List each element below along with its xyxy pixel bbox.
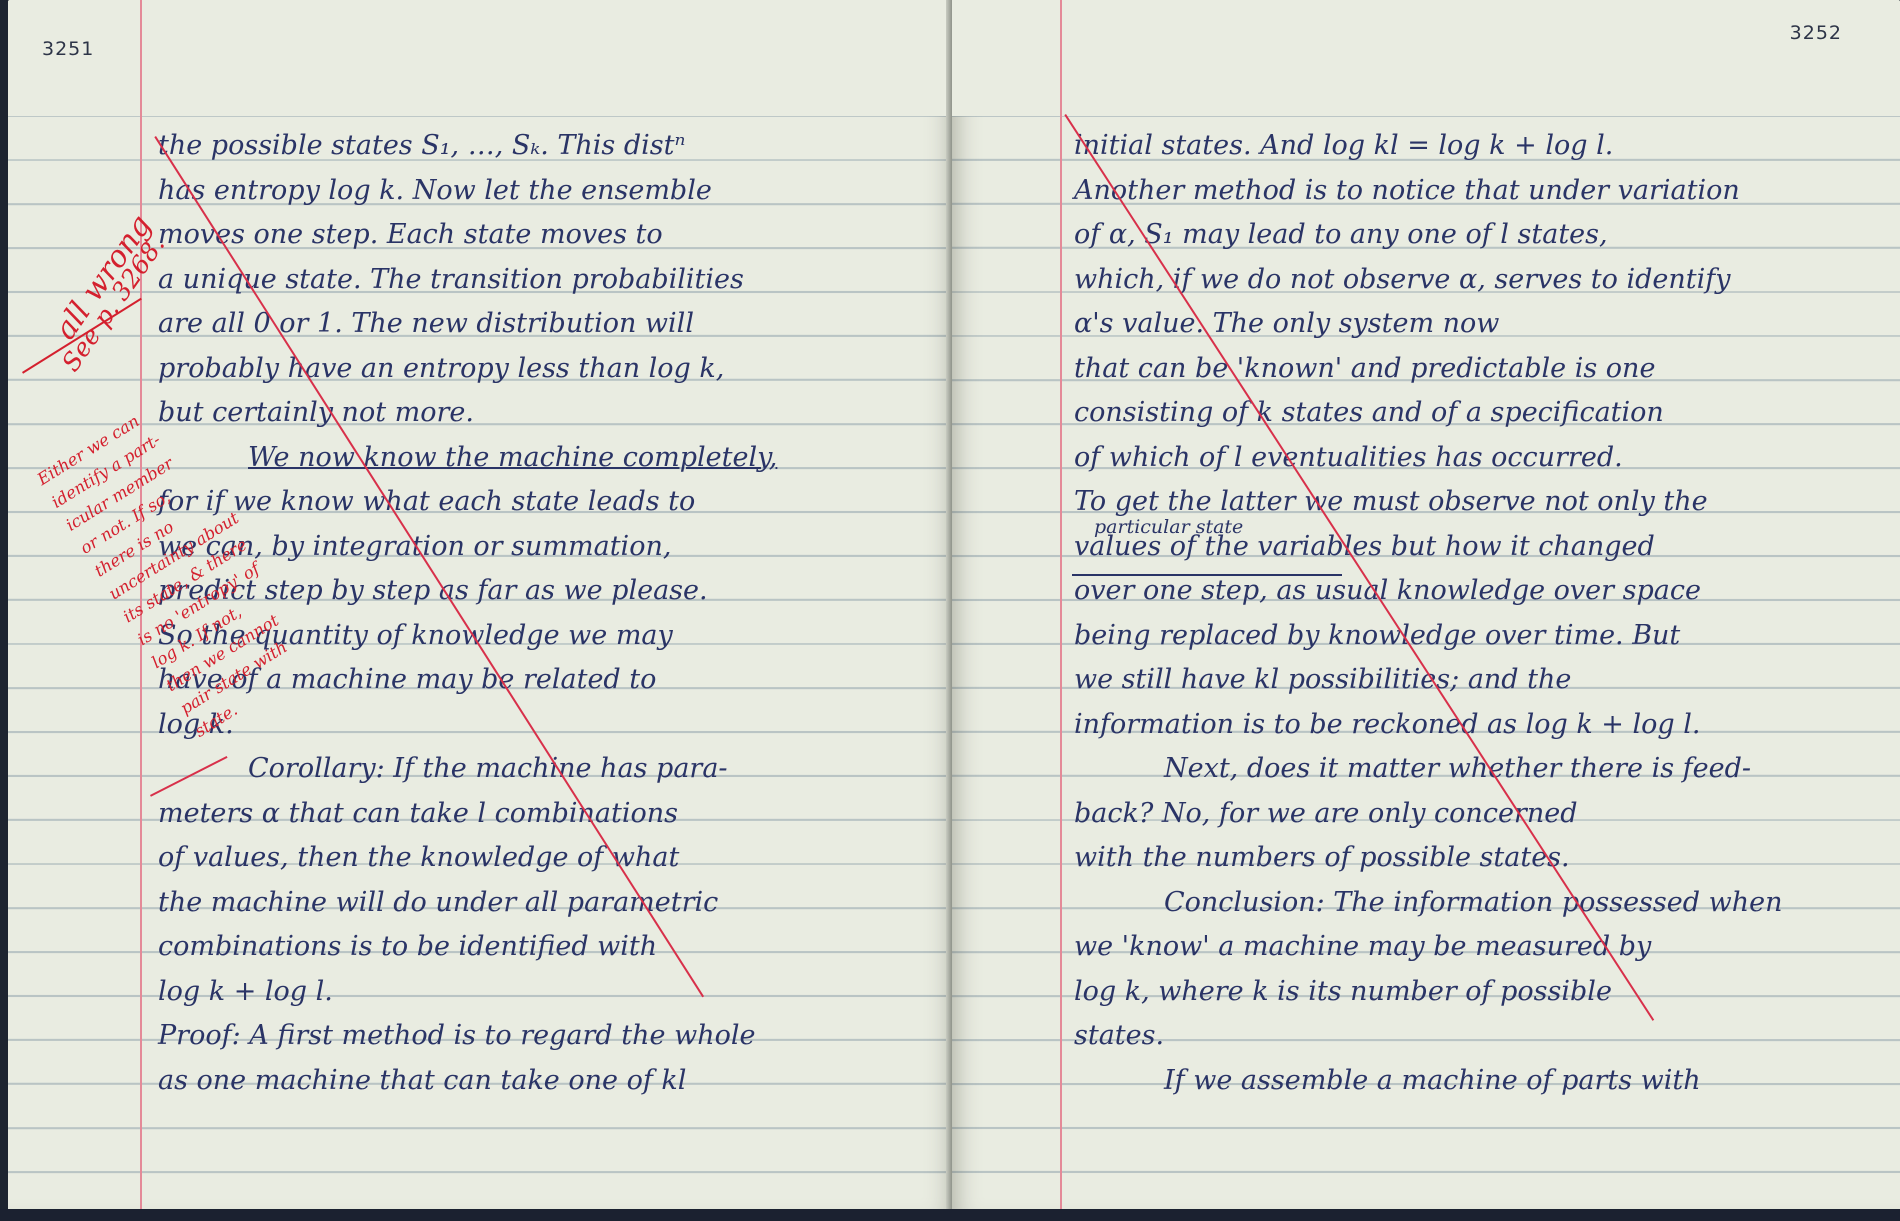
text-line: probably have an entropy less than log k… (8, 349, 954, 394)
text-line: over one step, as usual knowledge over s… (952, 571, 1900, 616)
page-number: 3252 (1790, 22, 1842, 44)
text-line: Corollary: If the machine has para- (8, 749, 954, 794)
text-line: Another method is to notice that under v… (952, 171, 1900, 216)
scan-edge (0, 1209, 1900, 1221)
text-line: of values, then the knowledge of what (8, 838, 954, 883)
left-page: 3251 the possible states S₁, …, Sₖ. This… (8, 0, 954, 1212)
text-line: which, if we do not observe α, serves to… (952, 260, 1900, 305)
text-line: α's value. The only system now (952, 304, 1900, 349)
text-line: as one machine that can take one of kl (8, 1061, 954, 1106)
text-line: of α, S₁ may lead to any one of l states… (952, 215, 1900, 260)
text-line: has entropy log k. Now let the ensemble (8, 171, 954, 216)
right-page-text: initial states. And log kl = log k + log… (952, 126, 1900, 1105)
text-line: have of a machine may be related to (8, 660, 954, 705)
page-header-area (952, 0, 1900, 116)
inserted-text: particular state (1094, 507, 1243, 547)
text-line: being replaced by knowledge over time. B… (952, 616, 1900, 661)
text-line: initial states. And log kl = log k + log… (952, 126, 1900, 171)
text-line: information is to be reckoned as log k +… (952, 705, 1900, 750)
text-line: of which of l eventualities has occurred… (952, 438, 1900, 483)
strike-stroke (1072, 574, 1342, 576)
text-line: consisting of k states and of a specific… (952, 393, 1900, 438)
right-page: 3252 initial states. And log kl = log k … (952, 0, 1900, 1212)
text-line: Conclusion: The information possessed wh… (952, 883, 1900, 928)
text-line: that can be 'known' and predictable is o… (952, 349, 1900, 394)
text-line: the machine will do under all parametric (8, 883, 954, 928)
text-line: we still have kl possibilities; and the (952, 660, 1900, 705)
text-line: log k, where k is its number of possible (952, 972, 1900, 1017)
text-line: with the numbers of possible states. (952, 838, 1900, 883)
page-number: 3251 (42, 38, 94, 60)
text-line: log k + log l. (8, 972, 954, 1017)
text-line: If we assemble a machine of parts with (952, 1061, 1900, 1106)
text-line: states. (952, 1016, 1900, 1061)
notebook-spread: 3251 the possible states S₁, …, Sₖ. This… (0, 0, 1900, 1221)
underlined-heading: We now know the machine completely, (248, 442, 777, 473)
page-header-area (8, 0, 954, 116)
text-line: log k. (8, 705, 954, 750)
text-line: are all 0 or 1. The new distribution wil… (8, 304, 954, 349)
text-line: meters α that can take l combinations (8, 794, 954, 839)
text-line: Proof: A first method is to regard the w… (8, 1016, 954, 1061)
text-line: the possible states S₁, …, Sₖ. This dist… (8, 126, 954, 171)
text-line-with-insertion: particular state values of the variables… (952, 527, 1900, 572)
text-line: back? No, for we are only concerned (952, 794, 1900, 839)
text-line: combinations is to be identified with (8, 927, 954, 972)
text-line: Next, does it matter whether there is fe… (952, 749, 1900, 794)
text-line: we 'know' a machine may be measured by (952, 927, 1900, 972)
